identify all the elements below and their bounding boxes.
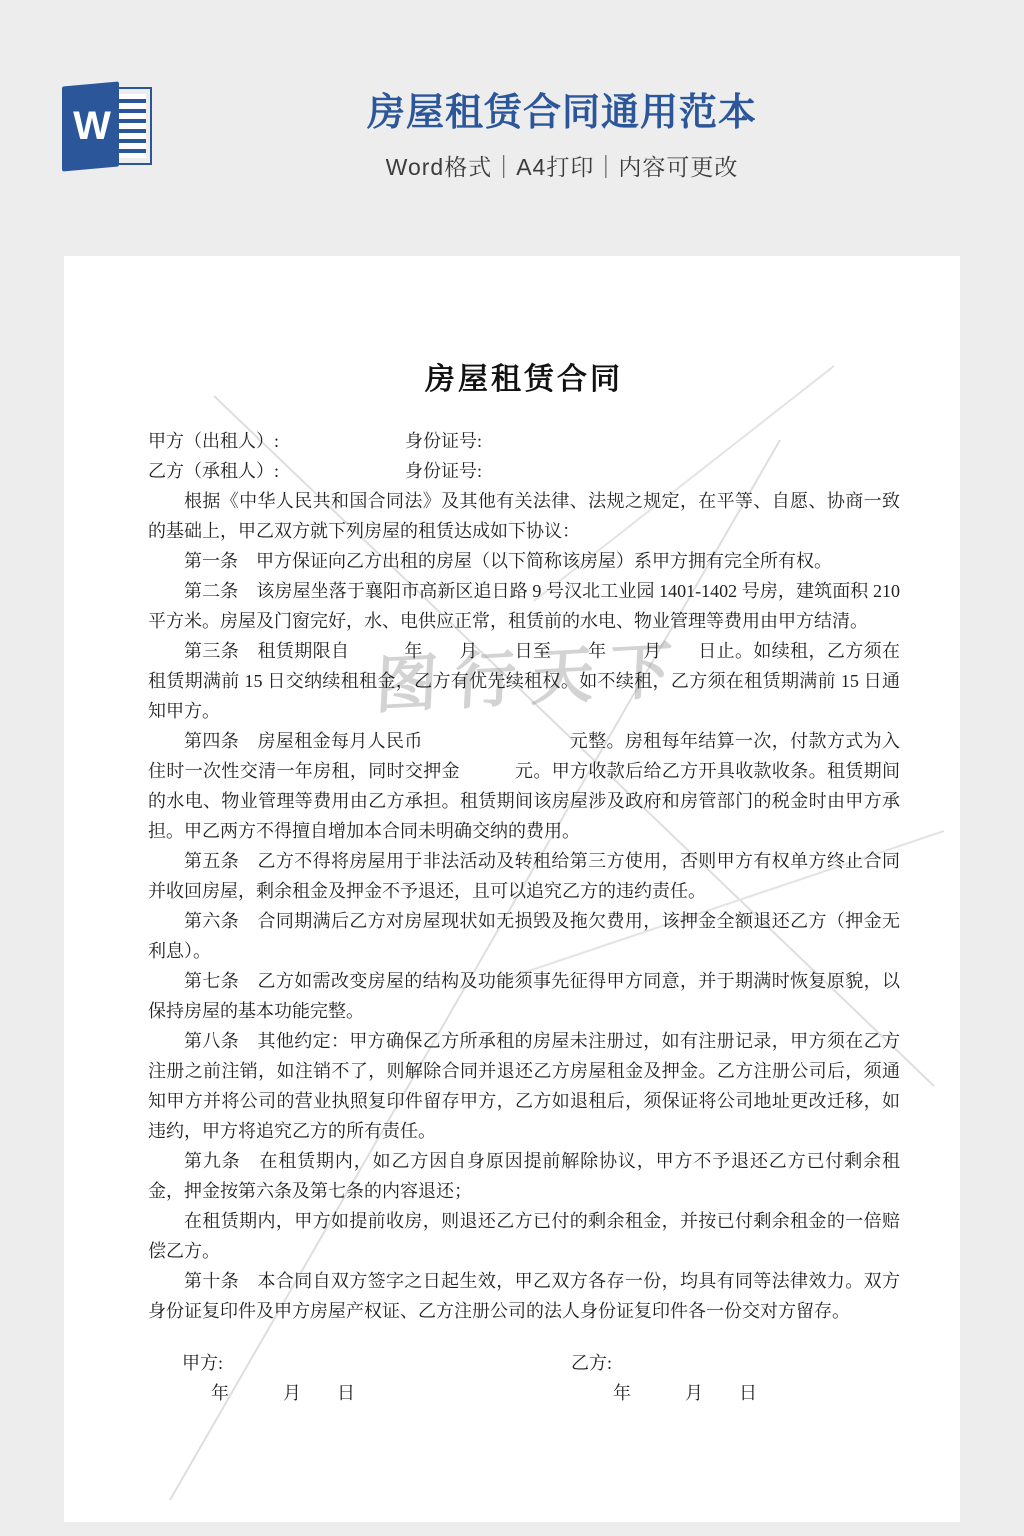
contract-paragraph: 第三条 租赁期限自 年 月 日至 年 月 日止。如续租，乙方须在租赁期满前 15… (148, 636, 900, 726)
contract-paragraph: 第二条 该房屋坐落于襄阳市高新区追日路 9 号汉北工业园 1401-1402 号… (148, 576, 900, 636)
party-b-date-line: 年 月 日 (524, 1378, 900, 1408)
header-text-block: 房屋租赁合同通用范本 Word格式｜A4打印｜内容可更改 (100, 92, 1024, 182)
template-subtitle: Word格式｜A4打印｜内容可更改 (100, 149, 1024, 182)
contract-paragraph: 第六条 合同期满后乙方对房屋现状如无损毁及拖欠费用，该押金全额退还乙方（押金无利… (148, 906, 900, 966)
contract-paragraph: 在租赁期内，甲方如提前收房，则退还乙方已付的剩余租金，并按已付剩余租金的一倍赔偿… (148, 1206, 900, 1266)
contract-paragraph: 根据《中华人民共和国合同法》及其他有关法律、法规之规定，在平等、自愿、协商一致的… (148, 486, 900, 546)
contract-paragraph: 第一条 甲方保证向乙方出租的房屋（以下简称该房屋）系甲方拥有完全所有权。 (148, 546, 900, 576)
template-header: W 房屋租赁合同通用范本 Word格式｜A4打印｜内容可更改 (0, 0, 1024, 256)
party-label: 乙方（承租人）: (148, 461, 279, 481)
contract-paragraph: 第十条 本合同自双方签字之日起生效，甲乙双方各存一份，均具有同等法律效力。双方身… (148, 1266, 900, 1326)
party-lines: 甲方（出租人）: 身份证号: 乙方（承租人）: 身份证号: (148, 426, 900, 486)
document-page: 图行天下 房屋租赁合同 甲方（出租人）: 身份证号: 乙方（承租人）: 身份证号… (64, 256, 960, 1522)
party-row: 乙方（承租人）: 身份证号: (148, 456, 900, 486)
id-number-label: 身份证号: (405, 426, 482, 456)
signature-date-row: 年 月 日 年 月 日 (148, 1378, 900, 1408)
contract-paragraph: 第九条 在租赁期内，如乙方因自身原因提前解除协议，甲方不予退还乙方已付剩余租金，… (148, 1146, 900, 1206)
contract-paragraph: 第七条 乙方如需改变房屋的结构及功能须事先征得甲方同意，并于期满时恢复原貌，以保… (148, 966, 900, 1026)
party-a-signature-label: 甲方: (148, 1348, 524, 1378)
contract-paragraph: 第四条 房屋租金每月人民币 元整。房租每年结算一次，付款方式为入住时一次性交清一… (148, 726, 900, 846)
contract-paragraph: 第八条 其他约定：甲方确保乙方所承租的房屋未注册过，如有注册记录，甲方须在乙方注… (148, 1026, 900, 1146)
screenshot-stage: W 房屋租赁合同通用范本 Word格式｜A4打印｜内容可更改 图行天下 房屋租赁… (0, 0, 1024, 1536)
signature-row: 甲方: 乙方: (148, 1348, 900, 1378)
id-number-label: 身份证号: (405, 456, 482, 486)
contract-body: 根据《中华人民共和国合同法》及其他有关法律、法规之规定，在平等、自愿、协商一致的… (148, 486, 900, 1326)
contract-paragraph: 第五条 乙方不得将房屋用于非法活动及转租给第三方使用，否则甲方有权单方终止合同并… (148, 846, 900, 906)
template-title: 房屋租赁合同通用范本 (100, 92, 1024, 136)
contract-title: 房屋租赁合同 (148, 360, 900, 400)
party-row: 甲方（出租人）: 身份证号: (148, 426, 900, 456)
party-label: 甲方（出租人）: (148, 431, 279, 451)
party-b-signature-label: 乙方: (524, 1348, 900, 1378)
party-a-date-line: 年 月 日 (148, 1378, 524, 1408)
